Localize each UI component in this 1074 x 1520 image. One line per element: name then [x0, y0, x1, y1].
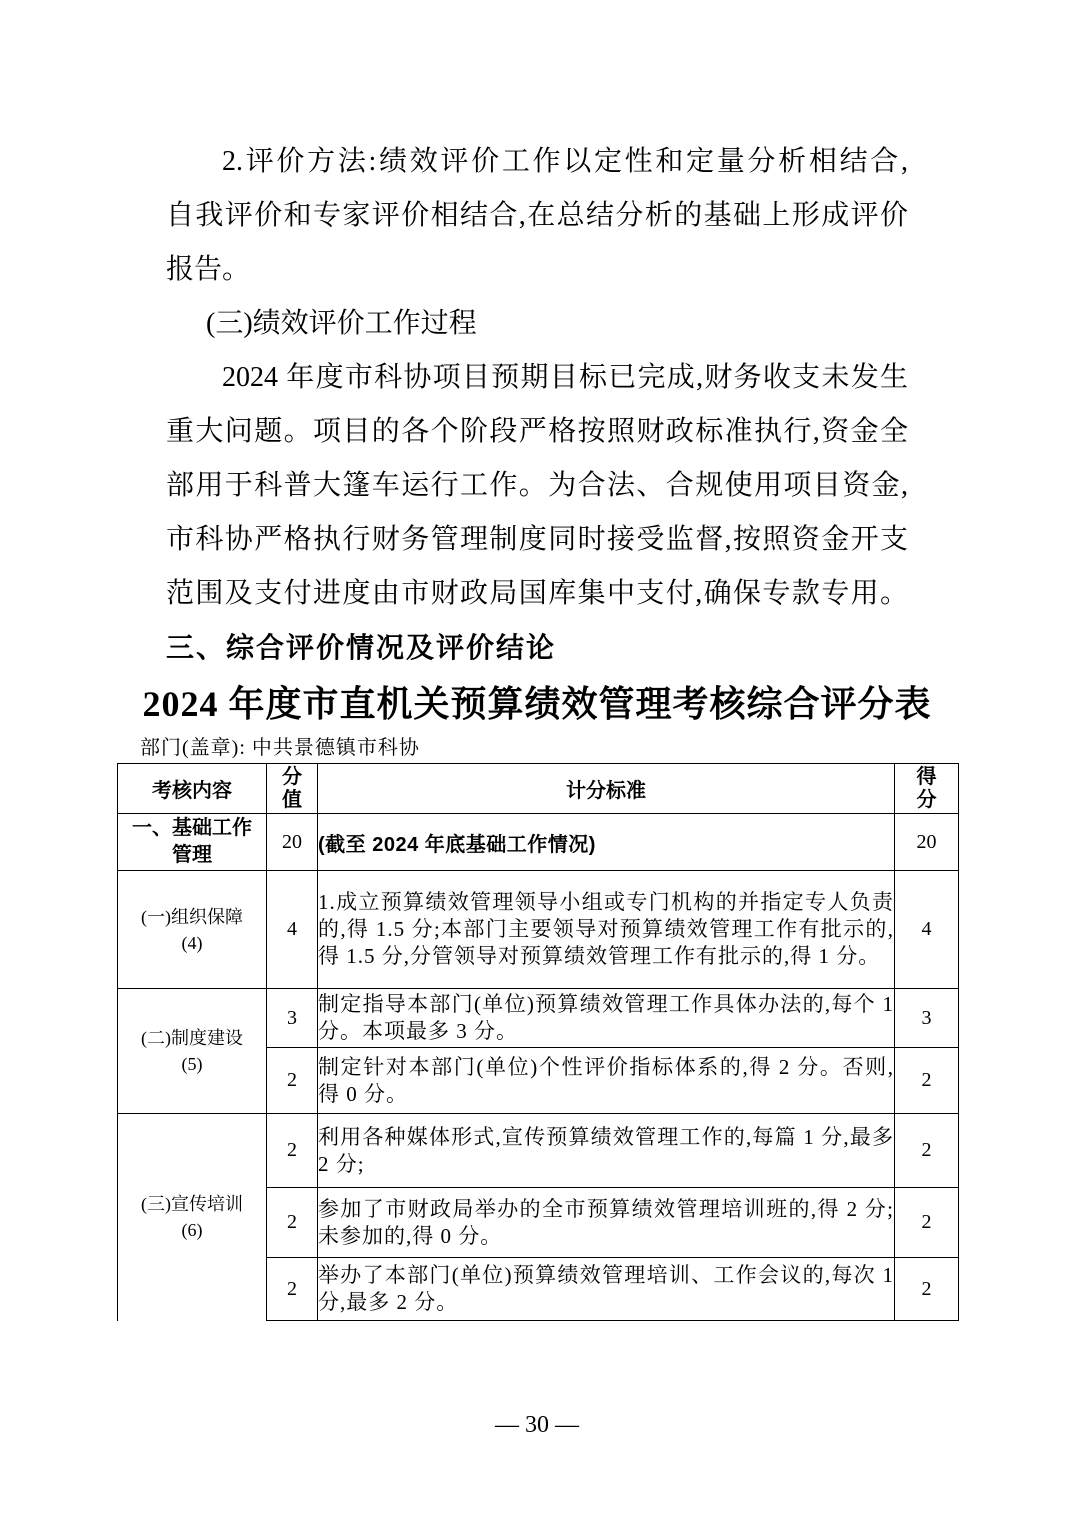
cell-section-score: 20: [895, 814, 959, 871]
cell-score: 2: [895, 1114, 959, 1188]
cell-score: 2: [895, 1188, 959, 1258]
cell-section-value: 20: [267, 814, 318, 871]
cell-criteria: 参加了市财政局举办的全市预算绩效管理培训班的,得 2 分;未参加的,得 0 分。: [318, 1188, 895, 1258]
cell-criteria: 制定针对本部门(单位)个性评价指标体系的,得 2 分。否则,得 0 分。: [318, 1048, 895, 1114]
header-score-text: 得分: [915, 766, 938, 812]
cell-section-content: 一、基础工作管理: [118, 814, 267, 871]
cell-value: 2: [267, 1048, 318, 1114]
cell-group-system-building: (二)制度建设 (5): [118, 989, 267, 1114]
cell-section-criteria: (截至 2024 年底基础工作情况): [318, 814, 895, 871]
cell-criteria: 制定指导本部门(单位)预算绩效管理工作具体办法的,每个 1 分。本项最多 3 分…: [318, 989, 895, 1048]
row-publicity-training-1: (三)宣传培训 (6) 2 利用各种媒体形式,宣传预算绩效管理工作的,每篇 1 …: [118, 1114, 959, 1188]
cell-section-content-text: 一、基础工作管理: [128, 815, 256, 869]
body-line-2: 自我评价和专家评价相结合,在总结分析的基础上形成评价: [166, 189, 908, 243]
body-line-8: 市科协严格执行财务管理制度同时接受监督,按照资金开支: [166, 513, 908, 567]
group-points: (4): [118, 930, 266, 956]
group-points: (6): [118, 1217, 266, 1243]
header-score-value: 分值: [267, 764, 318, 814]
row-system-building-1: (二)制度建设 (5) 3 制定指导本部门(单位)预算绩效管理工作具体办法的,每…: [118, 989, 959, 1048]
body-line-4: (三)绩效评价工作过程: [166, 297, 908, 351]
cell-value: 2: [267, 1114, 318, 1188]
cell-score: 4: [895, 871, 959, 989]
report-body: 2.评价方法:绩效评价工作以定性和定量分析相结合, 自我评价和专家评价相结合,在…: [166, 135, 908, 675]
cell-criteria: 利用各种媒体形式,宣传预算绩效管理工作的,每篇 1 分,最多 2 分;: [318, 1114, 895, 1188]
row-basic-management: 一、基础工作管理 20 (截至 2024 年底基础工作情况) 20: [118, 814, 959, 871]
header-score: 得分: [895, 764, 959, 814]
cell-group-org-guarantee: (一)组织保障 (4): [118, 871, 267, 989]
cell-criteria: 1.成立预算绩效管理领导小组或专门机构的并指定专人负责的,得 1.5 分;本部门…: [318, 871, 895, 989]
document-page: 2.评价方法:绩效评价工作以定性和定量分析相结合, 自我评价和专家评价相结合,在…: [0, 0, 1074, 1520]
cell-score: 2: [895, 1258, 959, 1321]
group-label: (二)制度建设: [118, 1025, 266, 1051]
cell-value: 2: [267, 1258, 318, 1321]
group-points: (5): [118, 1051, 266, 1077]
cell-criteria: 举办了本部门(单位)预算绩效管理培训、工作会议的,每次 1 分,最多 2 分。: [318, 1258, 895, 1321]
cell-score: 2: [895, 1048, 959, 1114]
group-label: (三)宣传培训: [118, 1191, 266, 1217]
header-score-value-text: 分值: [281, 766, 304, 812]
table-header-row: 考核内容 分值 计分标准 得分: [118, 764, 959, 814]
header-content: 考核内容: [118, 764, 267, 814]
body-line-3: 报告。: [166, 243, 908, 297]
row-org-guarantee: (一)组织保障 (4) 4 1.成立预算绩效管理领导小组或专门机构的并指定专人负…: [118, 871, 959, 989]
header-criteria: 计分标准: [318, 764, 895, 814]
department-line: 部门(盖章): 中共景德镇市科协: [140, 733, 420, 763]
body-line-9: 范围及支付进度由市财政局国库集中支付,确保专款专用。: [166, 567, 908, 621]
body-line-5: 2024 年度市科协项目预期目标已完成,财务收支未发生: [166, 351, 908, 405]
cell-value: 4: [267, 871, 318, 989]
cell-group-publicity-training: (三)宣传培训 (6): [118, 1114, 267, 1321]
cell-score: 3: [895, 989, 959, 1048]
group-label: (一)组织保障: [118, 904, 266, 930]
cell-value: 2: [267, 1188, 318, 1258]
page-number: — 30 —: [0, 1410, 1074, 1440]
section-heading: 三、综合评价情况及评价结论: [166, 621, 908, 675]
body-line-7: 部用于科普大篷车运行工作。为合法、合规使用项目资金,: [166, 459, 908, 513]
body-line-1: 2.评价方法:绩效评价工作以定性和定量分析相结合,: [166, 135, 908, 189]
body-line-6: 重大问题。项目的各个阶段严格按照财政标准执行,资金全: [166, 405, 908, 459]
table-title: 2024 年度市直机关预算绩效管理考核综合评分表: [0, 675, 1074, 733]
score-table: 考核内容 分值 计分标准 得分 一、基础工作管理 20 (截至 2024 年底基…: [117, 763, 959, 1321]
cell-value: 3: [267, 989, 318, 1048]
